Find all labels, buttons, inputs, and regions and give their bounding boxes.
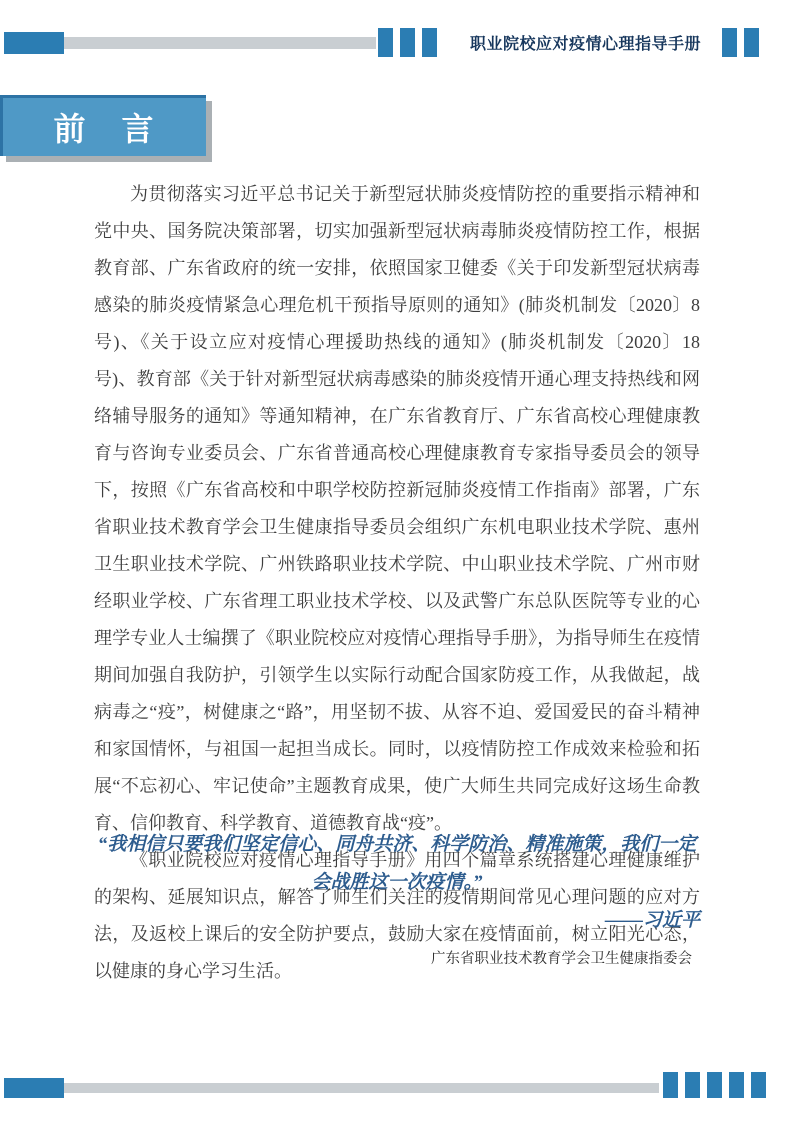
decor-square: [378, 28, 393, 57]
decor-square: [744, 28, 759, 57]
organization-signature: 广东省职业技术教育学会卫生健康指委会: [94, 940, 700, 978]
decor-square: [685, 1072, 700, 1098]
decor-square: [422, 28, 437, 57]
decor-square: [400, 28, 415, 57]
footer-square-group: [663, 1072, 766, 1098]
leader-quote: “我相信只要我们坚定信心、同舟共济、科学防治、精准施策，我们一定会战胜这一次疫情…: [94, 826, 700, 902]
header-accent-bar: [4, 32, 64, 54]
decor-square: [707, 1072, 722, 1098]
preface-title-text: 前 言: [53, 104, 155, 150]
quote-section: “我相信只要我们坚定信心、同舟共济、科学防治、精准施策，我们一定会战胜这一次疫情…: [94, 826, 700, 978]
decor-square: [722, 28, 737, 57]
quote-attribution: ——习近平: [94, 902, 700, 940]
decor-square: [663, 1072, 678, 1098]
header-square-group-left: [378, 28, 437, 57]
preface-title-block: 前 言: [0, 95, 206, 156]
footer-accent-bar: [4, 1078, 64, 1098]
decor-square: [729, 1072, 744, 1098]
header-square-group-right: [722, 28, 759, 57]
decor-square: [751, 1072, 766, 1098]
preface-paragraph-1: 为贯彻落实习近平总书记关于新型冠状肺炎疫情防控的重要指示精神和党中央、国务院决策…: [94, 176, 700, 842]
footer-rule: [4, 1083, 659, 1093]
page-header-title: 职业院校应对疫情心理指导手册: [470, 31, 700, 54]
document-page: 职业院校应对疫情心理指导手册 前 言 为贯彻落实习近平总书记关于新型冠状肺炎疫情…: [0, 0, 794, 1123]
